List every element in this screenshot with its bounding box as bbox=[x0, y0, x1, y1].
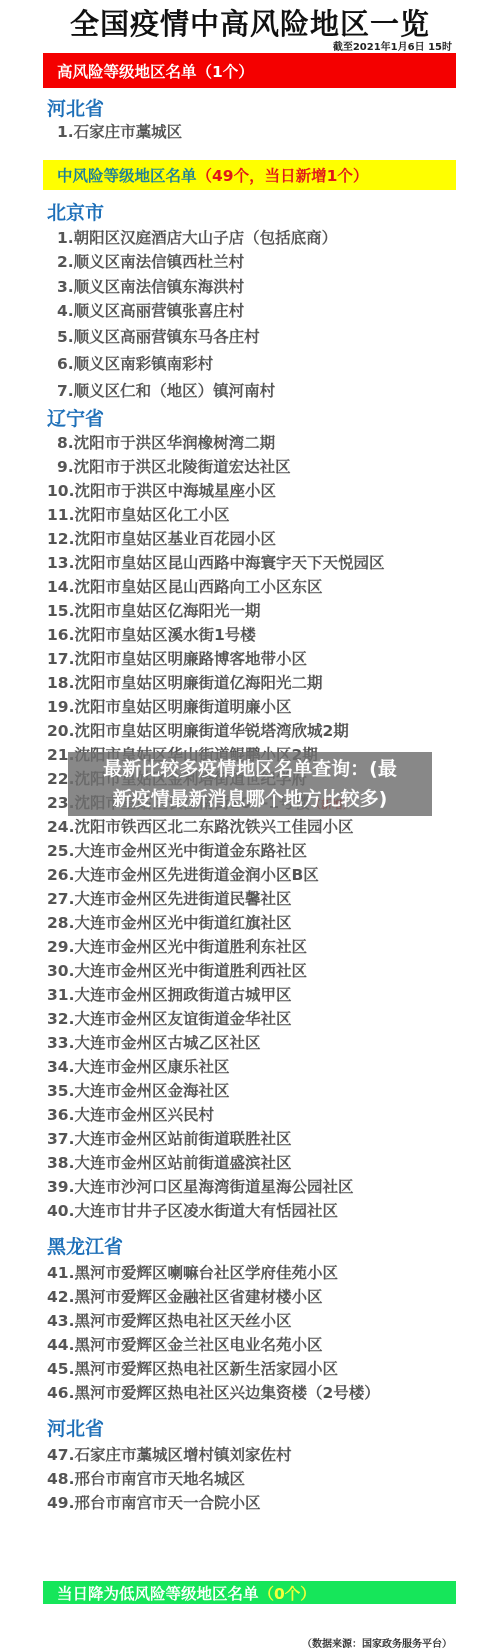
list-item: 25.大连市金州区光中街道金东路社区 bbox=[47, 839, 307, 861]
list-item: 30.大连市金州区光中街道胜利西社区 bbox=[47, 959, 307, 981]
list-item: 28.大连市金州区光中街道红旗社区 bbox=[47, 911, 291, 933]
list-item: 1.石家庄市藁城区 bbox=[57, 120, 182, 142]
list-item: 32.大连市金州区友谊街道金华社区 bbox=[47, 1007, 291, 1029]
list-item: 41.黑河市爱辉区喇嘛台社区学府佳苑小区 bbox=[47, 1261, 338, 1283]
province-heading: 黑龙江省 bbox=[47, 1232, 123, 1259]
list-item: 39.大连市沙河口区星海湾街道星海公园社区 bbox=[47, 1175, 353, 1197]
high-risk-label: 高风险等级地区名单（1个） bbox=[57, 60, 254, 82]
list-item: 33.大连市金州区古城乙区社区 bbox=[47, 1031, 260, 1053]
list-item: 2.顺义区南法信镇西杜兰村 bbox=[57, 250, 244, 272]
list-item: 36.大连市金州区兴民村 bbox=[47, 1103, 214, 1125]
page-title: 全国疫情中高风险地区一览 bbox=[0, 2, 500, 43]
list-item: 11.沈阳市皇姑区化工小区 bbox=[47, 503, 229, 525]
province-heading: 河北省 bbox=[47, 1414, 104, 1441]
list-item: 46.黑河市爱辉区热电社区兴边集资楼（2号楼） bbox=[47, 1381, 380, 1403]
list-item: 49.邢台市南宫市天一合院小区 bbox=[47, 1491, 260, 1513]
list-item: 24.沈阳市铁西区北二东路沈铁兴工佳园小区 bbox=[47, 815, 353, 837]
list-item: 31.大连市金州区拥政街道古城甲区 bbox=[47, 983, 291, 1005]
list-item: 29.大连市金州区光中街道胜利东社区 bbox=[47, 935, 307, 957]
list-item: 17.沈阳市皇姑区明廉路博客地带小区 bbox=[47, 647, 307, 669]
high-risk-banner: 高风险等级地区名单（1个） bbox=[43, 53, 456, 88]
medium-risk-banner: 中风险等级地区名单（49个，当日新增1个） bbox=[43, 160, 456, 190]
list-item: 40.大连市甘井子区凌水街道大有恬园社区 bbox=[47, 1199, 338, 1221]
list-item: 26.大连市金州区先进街道金润小区B区 bbox=[47, 863, 319, 885]
list-item: 3.顺义区南法信镇东海洪村 bbox=[57, 275, 244, 297]
list-item: 16.沈阳市皇姑区溪水街1号楼 bbox=[47, 623, 256, 645]
list-item: 19.沈阳市皇姑区明廉街道明廉小区 bbox=[47, 695, 291, 717]
list-item: 45.黑河市爱辉区热电社区新生活家园小区 bbox=[47, 1357, 338, 1379]
list-item: 34.大连市金州区康乐社区 bbox=[47, 1055, 229, 1077]
province-heading: 辽宁省 bbox=[47, 404, 104, 431]
caption-overlay: 最新比较多疫情地区名单查询：(最 新疫情最新消息哪个地方比较多) bbox=[68, 752, 432, 816]
list-item: 12.沈阳市皇姑区基业百花园小区 bbox=[47, 527, 276, 549]
list-item: 7.顺义区仁和（地区）镇河南村 bbox=[57, 379, 275, 401]
list-item: 15.沈阳市皇姑区亿海阳光一期 bbox=[47, 599, 260, 621]
list-item: 35.大连市金州区金海社区 bbox=[47, 1079, 229, 1101]
low-risk-label: 当日降为低风险等级地区名单 bbox=[57, 1582, 259, 1604]
low-risk-banner: 当日降为低风险等级地区名单（0个） bbox=[43, 1581, 456, 1604]
caption-line-1: 最新比较多疫情地区名单查询：(最 bbox=[68, 754, 432, 784]
province-heading: 河北省 bbox=[47, 94, 104, 121]
province-heading: 北京市 bbox=[47, 198, 104, 225]
list-item: 9.沈阳市于洪区北陵街道宏达社区 bbox=[57, 455, 291, 477]
data-source: （数据来源：国家政务服务平台） bbox=[302, 1635, 452, 1650]
list-item: 8.沈阳市于洪区华润橡树湾二期 bbox=[57, 431, 275, 453]
list-item: 6.顺义区南彩镇南彩村 bbox=[57, 352, 213, 374]
list-item: 1.朝阳区汉庭酒店大山子店（包括底商） bbox=[57, 226, 337, 248]
list-item: 42.黑河市爱辉区金融社区省建材楼小区 bbox=[47, 1285, 322, 1307]
list-item: 43.黑河市爱辉区热电社区天丝小区 bbox=[47, 1309, 291, 1331]
list-item: 13.沈阳市皇姑区昆山西路中海寰宇天下天悦园区 bbox=[47, 551, 384, 573]
list-item: 47.石家庄市藁城区增村镇刘家佐村 bbox=[47, 1443, 291, 1465]
list-item: 10.沈阳市于洪区中海城星座小区 bbox=[47, 479, 276, 501]
list-item: 18.沈阳市皇姑区明廉街道亿海阳光二期 bbox=[47, 671, 322, 693]
list-item: 48.邢台市南宫市天地名城区 bbox=[47, 1467, 245, 1489]
medium-risk-count: （49个，当日新增1个） bbox=[197, 164, 369, 186]
list-item: 37.大连市金州区站前街道联胜社区 bbox=[47, 1127, 291, 1149]
list-item: 38.大连市金州区站前街道盛滨社区 bbox=[47, 1151, 291, 1173]
low-risk-count: （0个） bbox=[259, 1582, 316, 1604]
list-item: 44.黑河市爱辉区金兰社区电业名苑小区 bbox=[47, 1333, 322, 1355]
medium-risk-label: 中风险等级地区名单 bbox=[57, 164, 197, 186]
list-item: 4.顺义区高丽营镇张喜庄村 bbox=[57, 299, 244, 321]
list-item: 14.沈阳市皇姑区昆山西路向工小区东区 bbox=[47, 575, 322, 597]
list-item: 20.沈阳市皇姑区明廉街道华锐塔湾欣城2期 bbox=[47, 719, 349, 741]
list-item: 5.顺义区高丽营镇东马各庄村 bbox=[57, 325, 260, 347]
timestamp: 截至2021年1月6日 15时 bbox=[333, 38, 452, 53]
caption-line-2: 新疫情最新消息哪个地方比较多) bbox=[68, 784, 432, 814]
list-item: 27.大连市金州区先进街道民馨社区 bbox=[47, 887, 291, 909]
